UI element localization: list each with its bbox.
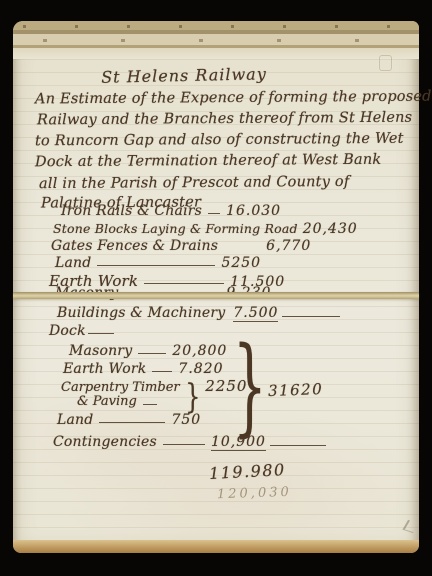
dash-leader bbox=[152, 371, 172, 372]
big-brace: } bbox=[233, 335, 250, 439]
notebook-page: St Helens Railway An Estimate of the Exp… bbox=[13, 21, 419, 553]
item-amount: 6,770 bbox=[266, 238, 311, 254]
item-amount: 5250 bbox=[221, 255, 261, 271]
item-label: Masonry bbox=[69, 343, 132, 359]
item-label: Earth Work bbox=[63, 361, 146, 377]
dash-leader bbox=[99, 422, 165, 423]
page-edge-strip bbox=[13, 48, 419, 59]
dock-subtotal: 31620 bbox=[268, 380, 324, 400]
item-label: Carpentry Timber & Paving bbox=[61, 381, 180, 409]
line-item: Earth Work 7.820 bbox=[63, 361, 224, 377]
page-edge-strip bbox=[13, 21, 419, 30]
line-item: Stone Blocks Laying & Forming Road 20,43… bbox=[53, 221, 358, 237]
dash-leader bbox=[208, 213, 220, 214]
page-top-edge bbox=[13, 21, 419, 59]
item-label: Iron Rails & Chairs bbox=[61, 203, 202, 219]
item-amount: 7.820 bbox=[178, 361, 223, 377]
intro-line: all in the Parish of Prescot and County … bbox=[39, 174, 349, 192]
item-label: Contingencies bbox=[53, 434, 157, 450]
dash-leader bbox=[163, 444, 205, 445]
grand-total: 119.980 bbox=[209, 460, 287, 483]
intro-line: to Runcorn Gap and also of constructing … bbox=[35, 131, 404, 150]
item-amount: 10,900 bbox=[211, 434, 266, 451]
item-label-line1: Carpentry Timber bbox=[61, 381, 180, 395]
line-item: Land 5250 bbox=[55, 255, 261, 271]
dash-leader bbox=[143, 404, 157, 405]
sum-rule bbox=[270, 445, 326, 446]
item-amount: 20,430 bbox=[303, 221, 358, 237]
line-item: Buildings & Machinery 7.500 bbox=[57, 305, 340, 322]
item-amount: 7.500 bbox=[233, 305, 278, 322]
line-item: Gates Fences & Drains 6,770 bbox=[51, 238, 311, 254]
item-amount: 20,800 bbox=[172, 343, 227, 359]
section-heading: Dock bbox=[49, 323, 120, 339]
pencil-corner-mark bbox=[402, 520, 418, 533]
pencil-total: 120,030 bbox=[217, 485, 292, 503]
page-bottom-edge bbox=[13, 540, 419, 553]
small-brace: } bbox=[185, 377, 200, 417]
item-label-line2: & Paving bbox=[77, 395, 180, 409]
page-fold-crease bbox=[13, 292, 419, 299]
intro-line: An Estimate of the Expence of forming th… bbox=[35, 89, 432, 108]
dash-leader bbox=[97, 265, 215, 266]
page-edge-strip bbox=[13, 34, 419, 45]
item-label: Buildings & Machinery bbox=[57, 305, 225, 321]
item-label: Land bbox=[55, 255, 91, 271]
line-item: Contingencies 10,900 bbox=[53, 434, 326, 451]
intro-line: Dock at the Termination thereof at West … bbox=[35, 152, 381, 170]
item-label: Gates Fences & Drains bbox=[51, 238, 218, 254]
dash-leader bbox=[88, 333, 114, 334]
item-label: Stone Blocks Laying & Forming Road bbox=[53, 221, 298, 236]
underline bbox=[282, 316, 340, 317]
item-amount: 16.030 bbox=[226, 203, 281, 219]
blind-stamp bbox=[379, 55, 392, 71]
photo-background: St Helens Railway An Estimate of the Exp… bbox=[0, 0, 432, 576]
dash-leader bbox=[138, 353, 166, 354]
page-title: St Helens Railway bbox=[69, 64, 299, 88]
dock-heading: Dock bbox=[49, 323, 86, 339]
line-item: Masonry 20,800 bbox=[69, 343, 227, 359]
dash-leader bbox=[144, 283, 224, 284]
line-item: Carpentry Timber & Paving } 2250 bbox=[61, 377, 247, 417]
item-amount: 750 bbox=[171, 412, 201, 428]
line-item: Iron Rails & Chairs 16.030 bbox=[61, 203, 281, 219]
intro-line: Railway and the Branches thereof from St… bbox=[37, 110, 412, 129]
line-item: Land 750 bbox=[57, 412, 201, 428]
item-label: Land bbox=[57, 412, 93, 428]
